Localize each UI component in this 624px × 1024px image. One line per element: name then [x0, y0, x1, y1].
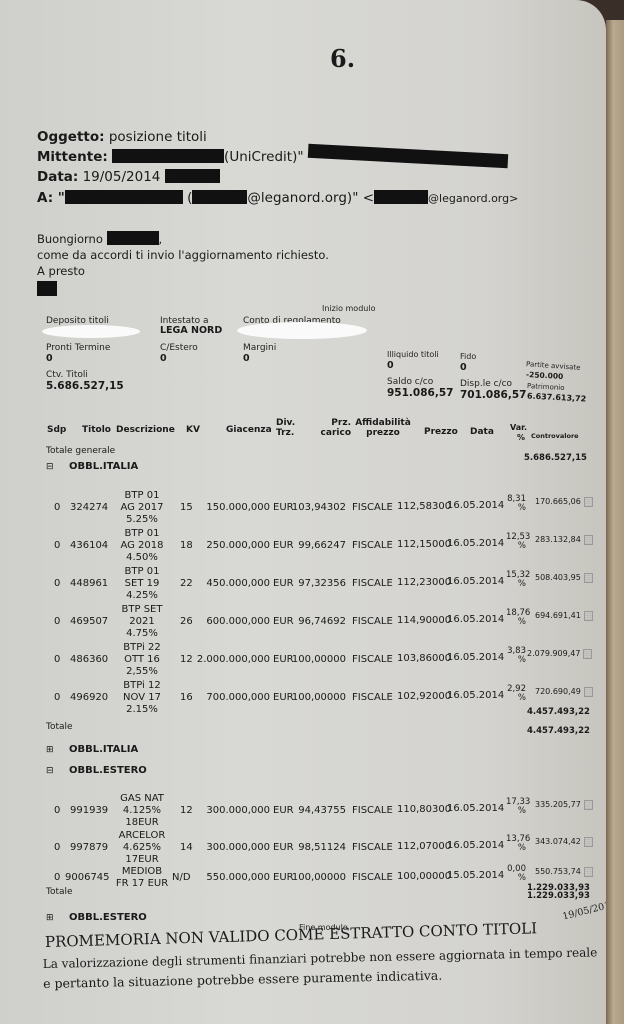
- cell-affidabilita: FISCALE: [352, 578, 393, 589]
- cell-giacenza: 250.000,000: [206, 540, 270, 551]
- cell-affidabilita: FISCALE: [352, 692, 393, 703]
- cell-data: 16.05.2014: [447, 576, 504, 587]
- redaction: [107, 231, 159, 245]
- document-detail-icon[interactable]: [584, 837, 593, 847]
- expand-toggle-icon[interactable]: ⊞: [46, 745, 55, 755]
- cell-sdp: 0: [54, 616, 60, 627]
- cell-giacenza: 150.000,000: [206, 502, 270, 513]
- cell-kv: 14: [180, 842, 193, 853]
- cell-kv: 26: [180, 616, 193, 627]
- cell-kv: 12: [180, 654, 193, 665]
- col-kv: KV: [186, 425, 200, 435]
- greeting: Buongiorno: [37, 232, 103, 246]
- cell-descrizione: BTP 01AG 20175.25%: [114, 490, 170, 526]
- cell-prezzo: 112,23000: [397, 577, 451, 588]
- cell-prezzo: 102,92000: [397, 691, 451, 702]
- cell-div: EUR: [273, 654, 294, 665]
- col-prezzo: Prezzo: [424, 427, 458, 437]
- cell-prezzo: 103,86000: [397, 653, 451, 664]
- cell-descrizione: BTP 01AG 20184.50%: [114, 528, 170, 564]
- group-total-value: 4.457.493,22: [527, 726, 590, 736]
- cell-var: 18,76%: [506, 609, 526, 627]
- cell-data: 16.05.2014: [447, 614, 504, 625]
- col-prz-carico: Prz.carico: [319, 418, 351, 438]
- disp-label: Disp.le c/co: [460, 379, 512, 389]
- cell-prz-carico: 100,00000: [292, 872, 346, 883]
- cell-sdp: 0: [54, 654, 60, 665]
- ctv-titoli-value: 5.686.527,15: [46, 380, 124, 392]
- cell-sdp: 0: [54, 842, 60, 853]
- cell-sdp: 0: [54, 540, 60, 551]
- cell-titolo: 436104: [70, 540, 108, 551]
- group-total-label: Totale: [46, 887, 73, 897]
- cell-div: EUR: [273, 616, 294, 627]
- partite-avvisate-value: -250.000: [526, 370, 564, 381]
- col-giacenza: Giacenza: [226, 425, 272, 435]
- cell-kv: N/D: [172, 872, 191, 883]
- email-body: Buongiorno , come da accordi ti invio l'…: [37, 231, 329, 298]
- cell-div: EUR: [273, 578, 294, 589]
- cell-sdp: 0: [54, 692, 60, 703]
- cell-kv: 22: [180, 578, 193, 589]
- sender-label: Mittente:: [37, 149, 108, 165]
- book-gutter: [606, 20, 624, 1024]
- col-titolo: Titolo: [82, 425, 111, 435]
- cell-prz-carico: 103,94302: [292, 502, 346, 513]
- recipient-line: A: " (@leganord.org)" <@leganord.org>: [37, 188, 518, 209]
- document-detail-icon[interactable]: [584, 535, 593, 545]
- cell-descrizione: MEDIOBFR 17 EUR: [114, 866, 170, 890]
- cell-sdp: 0: [54, 872, 60, 883]
- cell-affidabilita: FISCALE: [352, 842, 393, 853]
- cell-titolo: 324274: [70, 502, 108, 513]
- cell-descrizione: BTPi 22OTT 162,55%: [114, 642, 170, 678]
- cell-var: 12,53%: [506, 533, 526, 551]
- collapse-toggle-icon[interactable]: ⊟: [46, 462, 55, 472]
- cell-div: EUR: [273, 540, 294, 551]
- document-detail-icon[interactable]: [584, 497, 593, 507]
- cell-controvalore: 170.665,06: [535, 497, 581, 506]
- fido-value: 0: [460, 362, 467, 373]
- date-value: 19/05/2014: [83, 169, 161, 185]
- cell-prezzo: 112,15000: [397, 539, 451, 550]
- cell-data: 16.05.2014: [447, 652, 504, 663]
- disp-value: 701.086,57: [460, 389, 526, 401]
- cell-var: 3,83%: [506, 647, 526, 665]
- cell-kv: 18: [180, 540, 193, 551]
- group-header-open[interactable]: ⊟OBBL.ESTERO: [46, 765, 147, 776]
- redaction: [165, 169, 220, 183]
- cell-data: 15.05.2014: [447, 870, 504, 881]
- cell-prezzo: 112,07000: [397, 841, 451, 852]
- cell-titolo: 448961: [70, 578, 108, 589]
- cell-affidabilita: FISCALE: [352, 805, 393, 816]
- totale-generale-label: Totale generale: [46, 446, 115, 456]
- patrimonio-value: 6.637.613,72: [527, 391, 587, 403]
- group-name: OBBL.ITALIA: [69, 461, 138, 472]
- cell-affidabilita: FISCALE: [352, 540, 393, 551]
- cell-var: 15,32%: [506, 571, 526, 589]
- group-subtotal: 4.457.493,22: [527, 707, 590, 717]
- cell-affidabilita: FISCALE: [352, 616, 393, 627]
- cell-controvalore: 508.403,95: [535, 573, 581, 582]
- group-name: OBBL.ITALIA: [69, 744, 138, 755]
- redaction: [65, 190, 183, 204]
- cell-giacenza: 550.000,000: [206, 872, 270, 883]
- cell-controvalore: 550.753,74: [535, 867, 581, 876]
- sender-line: Mittente: (UniCredit)": [37, 147, 508, 167]
- saldo-label: Saldo c/co: [387, 377, 433, 387]
- redaction: [112, 149, 224, 163]
- redaction: [37, 281, 57, 296]
- cell-prz-carico: 98,51124: [298, 842, 346, 853]
- cell-prezzo: 110,80300: [397, 804, 451, 815]
- body-line-1: come da accordi ti invio l'aggiornamento…: [37, 247, 329, 263]
- cell-affidabilita: FISCALE: [352, 872, 393, 883]
- cell-prz-carico: 96,74692: [298, 616, 346, 627]
- cell-titolo: 9006745: [65, 872, 110, 883]
- cell-prezzo: 100,00000: [397, 871, 451, 882]
- cell-var: 0,00%: [506, 865, 526, 883]
- to-label: A: ": [37, 190, 65, 206]
- document-detail-icon[interactable]: [584, 800, 593, 810]
- cell-kv: 12: [180, 805, 193, 816]
- cell-kv: 16: [180, 692, 193, 703]
- group-total-value: 1.229.033,93: [527, 891, 590, 901]
- cell-prz-carico: 99,66247: [298, 540, 346, 551]
- expand-toggle-icon[interactable]: ⊞: [46, 913, 55, 923]
- document-detail-icon[interactable]: [584, 573, 593, 583]
- cell-data: 16.05.2014: [447, 500, 504, 511]
- cell-prz-carico: 97,32356: [298, 578, 346, 589]
- cell-var: 2,92%: [506, 685, 526, 703]
- cell-controvalore: 694.691,41: [535, 611, 581, 620]
- group-name: OBBL.ESTERO: [69, 765, 147, 776]
- col-affidabilita: Affidabilitàprezzo: [352, 418, 414, 438]
- col-data: Data: [470, 427, 494, 437]
- cell-div: EUR: [273, 692, 294, 703]
- cell-var: 17,33%: [506, 798, 526, 816]
- cell-titolo: 496920: [70, 692, 108, 703]
- cell-giacenza: 300.000,000: [206, 842, 270, 853]
- document-detail-icon[interactable]: [584, 611, 593, 621]
- cell-descrizione: BTP 01SET 194.25%: [114, 566, 170, 602]
- cell-affidabilita: FISCALE: [352, 502, 393, 513]
- cell-data: 16.05.2014: [447, 690, 504, 701]
- cell-sdp: 0: [54, 805, 60, 816]
- cell-prezzo: 112,58300: [397, 501, 451, 512]
- pronti-termine-value: 0: [46, 353, 53, 364]
- cell-prz-carico: 100,00000: [292, 692, 346, 703]
- cell-prz-carico: 100,00000: [292, 654, 346, 665]
- cell-giacenza: 700.000,000: [206, 692, 270, 703]
- cell-controvalore: 720.690,49: [535, 687, 581, 696]
- redaction: [374, 190, 428, 204]
- group-header-closed[interactable]: ⊞OBBL.ESTERO: [46, 912, 147, 923]
- c-estero-value: 0: [160, 353, 167, 364]
- sender-suffix: (UniCredit)": [224, 149, 304, 165]
- redaction: [308, 144, 508, 168]
- cell-titolo: 997879: [70, 842, 108, 853]
- footer-disclaimer: La valorizzazione degli strumenti finanz…: [43, 943, 598, 993]
- cell-controvalore: 335.205,77: [535, 800, 581, 809]
- group-total-label: Totale: [46, 722, 73, 732]
- cell-var: 13,76%: [506, 835, 526, 853]
- cell-data: 16.05.2014: [447, 840, 504, 851]
- cell-div: EUR: [273, 872, 294, 883]
- document-detail-icon[interactable]: [584, 867, 593, 877]
- intestato-value: LEGA NORD: [160, 325, 222, 336]
- cell-affidabilita: FISCALE: [352, 654, 393, 665]
- to-part2: @leganord.org>: [428, 192, 518, 205]
- redaction: [192, 190, 247, 204]
- cell-div: EUR: [273, 842, 294, 853]
- fido-label: Fido: [460, 352, 476, 361]
- margini-label: Margini: [243, 343, 276, 353]
- to-part1: @leganord.org)" <: [247, 190, 374, 206]
- date-line: Data: 19/05/2014: [37, 167, 220, 187]
- illiquido-value: 0: [387, 360, 394, 371]
- page-number: 6.: [330, 44, 355, 73]
- col-sdp: Sdp: [47, 425, 66, 435]
- cell-var: 8,31%: [506, 495, 526, 513]
- subject-label: Oggetto:: [37, 129, 105, 145]
- group-header-closed[interactable]: ⊞OBBL.ITALIA: [46, 744, 138, 755]
- cell-sdp: 0: [54, 578, 60, 589]
- cell-giacenza: 2.000.000,000: [197, 654, 270, 665]
- pronti-termine-label: Pronti Termine: [46, 343, 110, 353]
- patrimonio-label: Patrimonio: [527, 382, 565, 392]
- collapse-toggle-icon[interactable]: ⊟: [46, 766, 55, 776]
- cell-div: EUR: [273, 502, 294, 513]
- subject-line: Oggetto: posizione titoli: [37, 127, 207, 147]
- cell-sdp: 0: [54, 502, 60, 513]
- cell-descrizione: BTP SET20214.75%: [114, 604, 170, 640]
- totale-generale-value: 5.686.527,15: [524, 453, 587, 463]
- cell-giacenza: 300.000,000: [206, 805, 270, 816]
- cell-prezzo: 114,90000: [397, 615, 451, 626]
- margini-value: 0: [243, 353, 250, 364]
- document-page: 6. Oggetto: posizione titoli Mittente: (…: [0, 0, 606, 1024]
- cell-descrizione: GAS NAT4.125%18EUR: [114, 793, 170, 829]
- c-estero-label: C/Estero: [160, 343, 198, 353]
- cell-titolo: 486360: [70, 654, 108, 665]
- cell-titolo: 991939: [70, 805, 108, 816]
- cell-descrizione: BTPi 12NOV 172.15%: [114, 680, 170, 716]
- group-name: OBBL.ESTERO: [69, 912, 147, 923]
- cell-controvalore: 343.074,42: [535, 837, 581, 846]
- group-header-open[interactable]: ⊟OBBL.ITALIA: [46, 461, 138, 472]
- cell-kv: 15: [180, 502, 193, 513]
- cell-prz-carico: 94,43755: [298, 805, 346, 816]
- cell-descrizione: ARCELOR4.625%17EUR: [114, 830, 170, 866]
- document-detail-icon[interactable]: [583, 649, 592, 659]
- cell-titolo: 469507: [70, 616, 108, 627]
- cell-controvalore: 283.132,84: [535, 535, 581, 544]
- illiquido-label: Illiquido titoli: [387, 350, 439, 359]
- cell-controvalore: 2.079.909,47: [527, 649, 580, 658]
- redaction-blob: [237, 322, 367, 339]
- cell-div: EUR: [273, 805, 294, 816]
- document-detail-icon[interactable]: [584, 687, 593, 697]
- cell-giacenza: 450.000,000: [206, 578, 270, 589]
- saldo-value: 951.086,57: [387, 387, 453, 399]
- cell-giacenza: 600.000,000: [206, 616, 270, 627]
- subject-value: posizione titoli: [109, 129, 207, 145]
- cell-data: 16.05.2014: [447, 803, 504, 814]
- col-var: Var.%: [510, 423, 525, 443]
- ctv-titoli-label: Ctv. Titoli: [46, 370, 88, 380]
- redaction-blob: [42, 325, 140, 338]
- col-controvalore: Controvalore: [531, 431, 579, 441]
- date-label: Data:: [37, 169, 78, 185]
- body-line-2: A presto: [37, 263, 329, 279]
- cell-data: 16.05.2014: [447, 538, 504, 549]
- module-start-label: Inizio modulo: [322, 304, 375, 313]
- col-descrizione: Descrizione: [116, 425, 175, 435]
- col-div: Div.Trz.: [276, 418, 295, 438]
